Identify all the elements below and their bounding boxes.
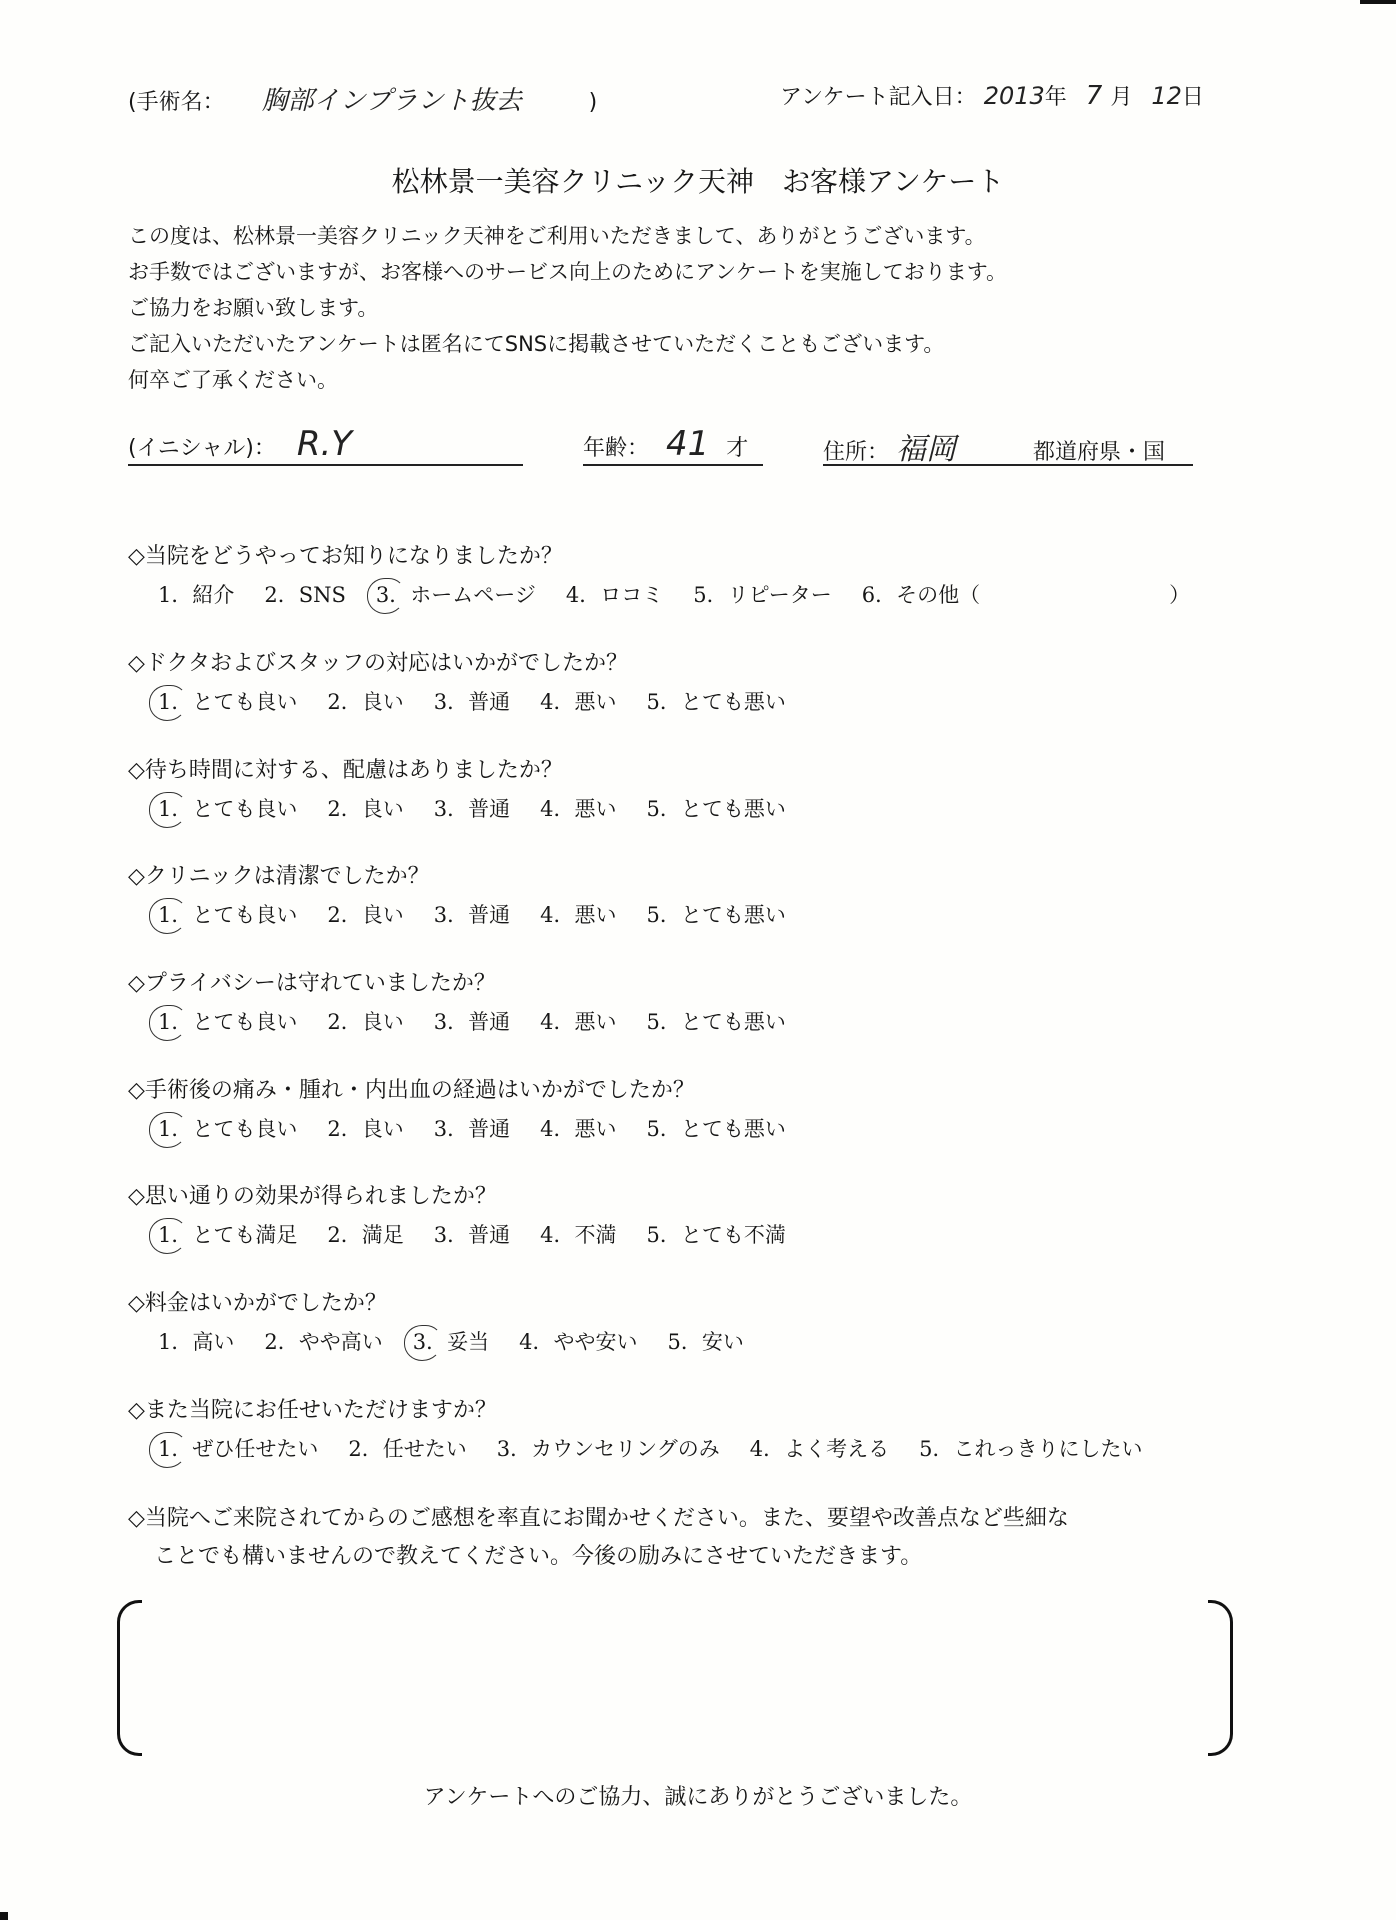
option-radio[interactable]: 4．やや安い (519, 1323, 637, 1361)
procedure-close: ) (589, 90, 598, 115)
question-options: 1．紹介2．SNS3．ホームページ4．ロコミ5．リピーター6．その他（ ） (128, 576, 1220, 614)
age-unit: 才 (726, 436, 748, 461)
question-9: ◇また当院にお任せいただけますか？1．ぜひ任せたい2．任せたい3．カウンセリング… (128, 1392, 1172, 1468)
month-unit: 月 (1110, 85, 1132, 110)
option-radio[interactable]: 4．ロコミ (566, 576, 663, 614)
option-radio[interactable]: 3．普通 (434, 683, 510, 721)
option-label: 2．良い (327, 683, 403, 721)
question-7: ◇思い通りの効果が得られましたか？1．とても満足2．満足3．普通4．不満5．とて… (128, 1178, 816, 1254)
procedure-value[interactable]: 胸部インプラント抜去 (262, 86, 522, 116)
option-label: 2．良い (327, 790, 403, 828)
option-radio-selected[interactable]: 1．とても良い (158, 896, 297, 934)
option-label: 3．普通 (434, 1216, 510, 1254)
option-radio[interactable]: 2．任せたい (348, 1430, 466, 1468)
option-label: 1．とても良い (158, 1110, 297, 1148)
option-radio[interactable]: 4．悪い (540, 1110, 616, 1148)
option-label: 4．よく考える (750, 1430, 889, 1468)
day-unit: 日 (1182, 85, 1204, 110)
comment-prompt-line: ことでも構いませんので教えてください。今後の励みにさせていただきます。 (128, 1538, 1069, 1576)
option-label: 5．とても悪い (647, 1110, 786, 1148)
comment-box-left-bracket (117, 1600, 142, 1756)
intro-line: この度は、松林景一美容クリニック天神をご利用いただきまして、ありがとうございます… (128, 218, 1007, 254)
option-radio[interactable]: 2．良い (327, 1110, 403, 1148)
question-heading: ◇手術後の痛み・腫れ・内出血の経過はいかがでしたか？ (128, 1072, 816, 1110)
option-label: 1．ぜひ任せたい (158, 1430, 318, 1468)
question-heading: ◇また当院にお任せいただけますか？ (128, 1392, 1172, 1430)
option-label: 2．良い (327, 896, 403, 934)
option-label: 1．とても良い (158, 1003, 297, 1041)
option-radio[interactable]: 1．紹介 (158, 576, 234, 614)
option-radio[interactable]: 3．普通 (434, 1216, 510, 1254)
option-label: 4．悪い (540, 1003, 616, 1041)
option-radio[interactable]: 2．やや高い (264, 1323, 382, 1361)
option-radio-selected[interactable]: 1．とても良い (158, 1110, 297, 1148)
option-radio[interactable]: 5．リピーター (693, 576, 832, 614)
option-label: 1．高い (158, 1323, 234, 1361)
initial-label: (イニシャル)： (128, 436, 276, 461)
option-radio[interactable]: 3．普通 (434, 790, 510, 828)
comment-prompt-line: ◇当院へご来院されてからのご感想を率直にお聞かせください。また、要望や改善点など… (128, 1500, 1069, 1538)
question-options: 1．とても良い2．良い3．普通4．悪い5．とても悪い (128, 896, 816, 934)
option-label: 5．安い (668, 1323, 744, 1361)
option-label: 3．カウンセリングのみ (497, 1430, 720, 1468)
option-label: 2．やや高い (264, 1323, 382, 1361)
address-value[interactable]: 福岡 (896, 432, 956, 467)
question-options: 1．とても良い2．良い3．普通4．悪い5．とても悪い (128, 1110, 816, 1148)
option-radio-selected[interactable]: 3．妥当 (413, 1323, 489, 1361)
question-heading: ◇クリニックは清潔でしたか？ (128, 858, 816, 896)
option-radio[interactable]: 4．悪い (540, 896, 616, 934)
option-radio[interactable]: 5．とても悪い (647, 1110, 786, 1148)
option-radio-selected[interactable]: 3．ホームページ (376, 576, 536, 614)
intro-line: 何卒ご了承ください。 (128, 362, 1007, 398)
address-field: 住所： 福岡 都道府県・国 (823, 424, 1193, 466)
intro-text: この度は、松林景一美容クリニック天神をご利用いただきまして、ありがとうございます… (128, 218, 1007, 398)
option-radio-selected[interactable]: 1．とても良い (158, 1003, 297, 1041)
option-label: 2．任せたい (348, 1430, 466, 1468)
option-label: 2．満足 (327, 1216, 403, 1254)
comment-prompt: ◇当院へご来院されてからのご感想を率直にお聞かせください。また、要望や改善点など… (128, 1500, 1069, 1576)
option-label: 4．悪い (540, 790, 616, 828)
procedure-label: (手術名： (128, 90, 225, 115)
question-6: ◇手術後の痛み・腫れ・内出血の経過はいかがでしたか？1．とても良い2．良い3．普… (128, 1072, 816, 1148)
question-options: 1．とても良い2．良い3．普通4．悪い5．とても悪い (128, 790, 816, 828)
scan-mark-top-right (1360, 0, 1396, 4)
option-radio[interactable]: 5．これっきりにしたい (919, 1430, 1142, 1468)
option-radio[interactable]: 6．その他（ ） (862, 576, 1190, 614)
option-radio-selected[interactable]: 1．とても良い (158, 683, 297, 721)
question-heading: ◇プライバシーは守れていましたか？ (128, 965, 816, 1003)
option-label: 5．とても悪い (647, 896, 786, 934)
option-radio[interactable]: 3．普通 (434, 1003, 510, 1041)
question-8: ◇料金はいかがでしたか？1．高い2．やや高い3．妥当4．やや安い5．安い (128, 1285, 774, 1361)
survey-date: アンケート記入日： 2013年 7月 12日 (780, 80, 1204, 111)
option-label: 5．とても悪い (647, 683, 786, 721)
option-label: 3．ホームページ (376, 576, 536, 614)
option-label: 1．とても満足 (158, 1216, 297, 1254)
option-label: 3．普通 (434, 790, 510, 828)
age-field: 年齢： 41 才 (583, 424, 763, 466)
option-radio[interactable]: 5．とても不満 (647, 1216, 786, 1254)
question-options: 1．とても満足2．満足3．普通4．不満5．とても不満 (128, 1216, 816, 1254)
option-radio[interactable]: 4．悪い (540, 683, 616, 721)
question-heading: ◇ドクタおよびスタッフの対応はいかがでしたか？ (128, 645, 816, 683)
option-label: 5．とても悪い (647, 1003, 786, 1041)
option-radio[interactable]: 2．良い (327, 1003, 403, 1041)
procedure-field: (手術名： 胸部インプラント抜去 ) (128, 80, 597, 117)
option-label: 3．普通 (434, 1003, 510, 1041)
option-radio[interactable]: 2．良い (327, 683, 403, 721)
option-label: 5．とても不満 (647, 1216, 786, 1254)
option-radio-selected[interactable]: 1．とても良い (158, 790, 297, 828)
option-radio[interactable]: 4．悪い (540, 790, 616, 828)
option-label: 5．これっきりにしたい (919, 1430, 1142, 1468)
question-options: 1．高い2．やや高い3．妥当4．やや安い5．安い (128, 1323, 774, 1361)
option-label: 3．普通 (434, 896, 510, 934)
option-radio[interactable]: 3．普通 (434, 896, 510, 934)
question-heading: ◇料金はいかがでしたか？ (128, 1285, 774, 1323)
age-value[interactable]: 41 (666, 424, 709, 464)
question-heading: ◇当院をどうやってお知りになりましたか？ (128, 538, 1220, 576)
option-label: 4．悪い (540, 896, 616, 934)
page-title: 松林景一美容クリニック天神 お客様アンケート (0, 160, 1396, 200)
address-label: 住所： (823, 440, 889, 465)
option-label: 4．ロコミ (566, 576, 663, 614)
option-label: 4．悪い (540, 1110, 616, 1148)
option-radio[interactable]: 5．とても悪い (647, 1003, 786, 1041)
option-label: 3．普通 (434, 683, 510, 721)
option-label: 2．良い (327, 1003, 403, 1041)
option-radio-selected[interactable]: 1．とても満足 (158, 1216, 297, 1254)
option-radio[interactable]: 3．カウンセリングのみ (497, 1430, 720, 1468)
option-label: 2．良い (327, 1110, 403, 1148)
option-label: 4．悪い (540, 683, 616, 721)
option-radio[interactable]: 2．SNS (264, 576, 346, 614)
option-radio-selected[interactable]: 1．ぜひ任せたい (158, 1430, 318, 1468)
date-day[interactable]: 12 (1151, 82, 1182, 110)
question-heading: ◇待ち時間に対する、配慮はありましたか？ (128, 752, 816, 790)
comment-input[interactable] (150, 1605, 1200, 1745)
option-label: 1．とても良い (158, 896, 297, 934)
scan-mark-bottom-left (0, 1912, 8, 1920)
question-options: 1．ぜひ任せたい2．任せたい3．カウンセリングのみ4．よく考える5．これっきりに… (128, 1430, 1172, 1468)
option-radio[interactable]: 4．不満 (540, 1216, 616, 1254)
option-radio[interactable]: 5．とても悪い (647, 896, 786, 934)
option-radio[interactable]: 3．普通 (434, 1110, 510, 1148)
option-radio[interactable]: 1．高い (158, 1323, 234, 1361)
option-radio[interactable]: 2．良い (327, 790, 403, 828)
option-label: 5．とても悪い (647, 790, 786, 828)
option-radio[interactable]: 2．満足 (327, 1216, 403, 1254)
option-label: 1．紹介 (158, 576, 234, 614)
date-year[interactable]: 2013 (984, 82, 1045, 110)
question-heading: ◇思い通りの効果が得られましたか？ (128, 1178, 816, 1216)
option-radio[interactable]: 4．悪い (540, 1003, 616, 1041)
question-options: 1．とても良い2．良い3．普通4．悪い5．とても悪い (128, 683, 816, 721)
age-label: 年齢： (583, 436, 649, 461)
option-radio[interactable]: 5．とても悪い (647, 683, 786, 721)
intro-line: ご記入いただいたアンケートは匿名にてSNSに掲載させていただくこともございます。 (128, 326, 1007, 362)
option-radio[interactable]: 4．よく考える (750, 1430, 889, 1468)
year-unit: 年 (1045, 85, 1067, 110)
date-label: アンケート記入日： (780, 85, 977, 110)
option-label: 4．不満 (540, 1216, 616, 1254)
option-label: 3．普通 (434, 1110, 510, 1148)
question-3: ◇待ち時間に対する、配慮はありましたか？1．とても良い2．良い3．普通4．悪い5… (128, 752, 816, 828)
address-unit: 都道府県・国 (1033, 440, 1165, 465)
intro-line: お手数ではございますが、お客様へのサービス向上のためにアンケートを実施しておりま… (128, 254, 1007, 290)
option-radio[interactable]: 2．良い (327, 896, 403, 934)
option-radio[interactable]: 5．とても悪い (647, 790, 786, 828)
option-label: 1．とても良い (158, 683, 297, 721)
question-4: ◇クリニックは清潔でしたか？1．とても良い2．良い3．普通4．悪い5．とても悪い (128, 858, 816, 934)
option-radio[interactable]: 5．安い (668, 1323, 744, 1361)
question-options: 1．とても良い2．良い3．普通4．悪い5．とても悪い (128, 1003, 816, 1041)
option-label: 4．やや安い (519, 1323, 637, 1361)
date-month[interactable]: 7 (1086, 81, 1103, 111)
option-label: 5．リピーター (693, 576, 832, 614)
option-label: 6．その他（ ） (862, 576, 1190, 614)
option-label: 1．とても良い (158, 790, 297, 828)
initial-value[interactable]: R.Y (297, 424, 352, 464)
option-label: 2．SNS (264, 576, 346, 614)
initial-field: (イニシャル)： R.Y (128, 424, 523, 466)
comment-box-right-bracket (1208, 1600, 1233, 1756)
question-5: ◇プライバシーは守れていましたか？1．とても良い2．良い3．普通4．悪い5．とて… (128, 965, 816, 1041)
question-1: ◇当院をどうやってお知りになりましたか？1．紹介2．SNS3．ホームページ4．ロ… (128, 538, 1220, 614)
intro-line: ご協力をお願い致します。 (128, 290, 1007, 326)
question-2: ◇ドクタおよびスタッフの対応はいかがでしたか？1．とても良い2．良い3．普通4．… (128, 645, 816, 721)
thank-you-footer: アンケートへのご協力、誠にありがとうございました。 (0, 1780, 1396, 1811)
option-label: 3．妥当 (413, 1323, 489, 1361)
